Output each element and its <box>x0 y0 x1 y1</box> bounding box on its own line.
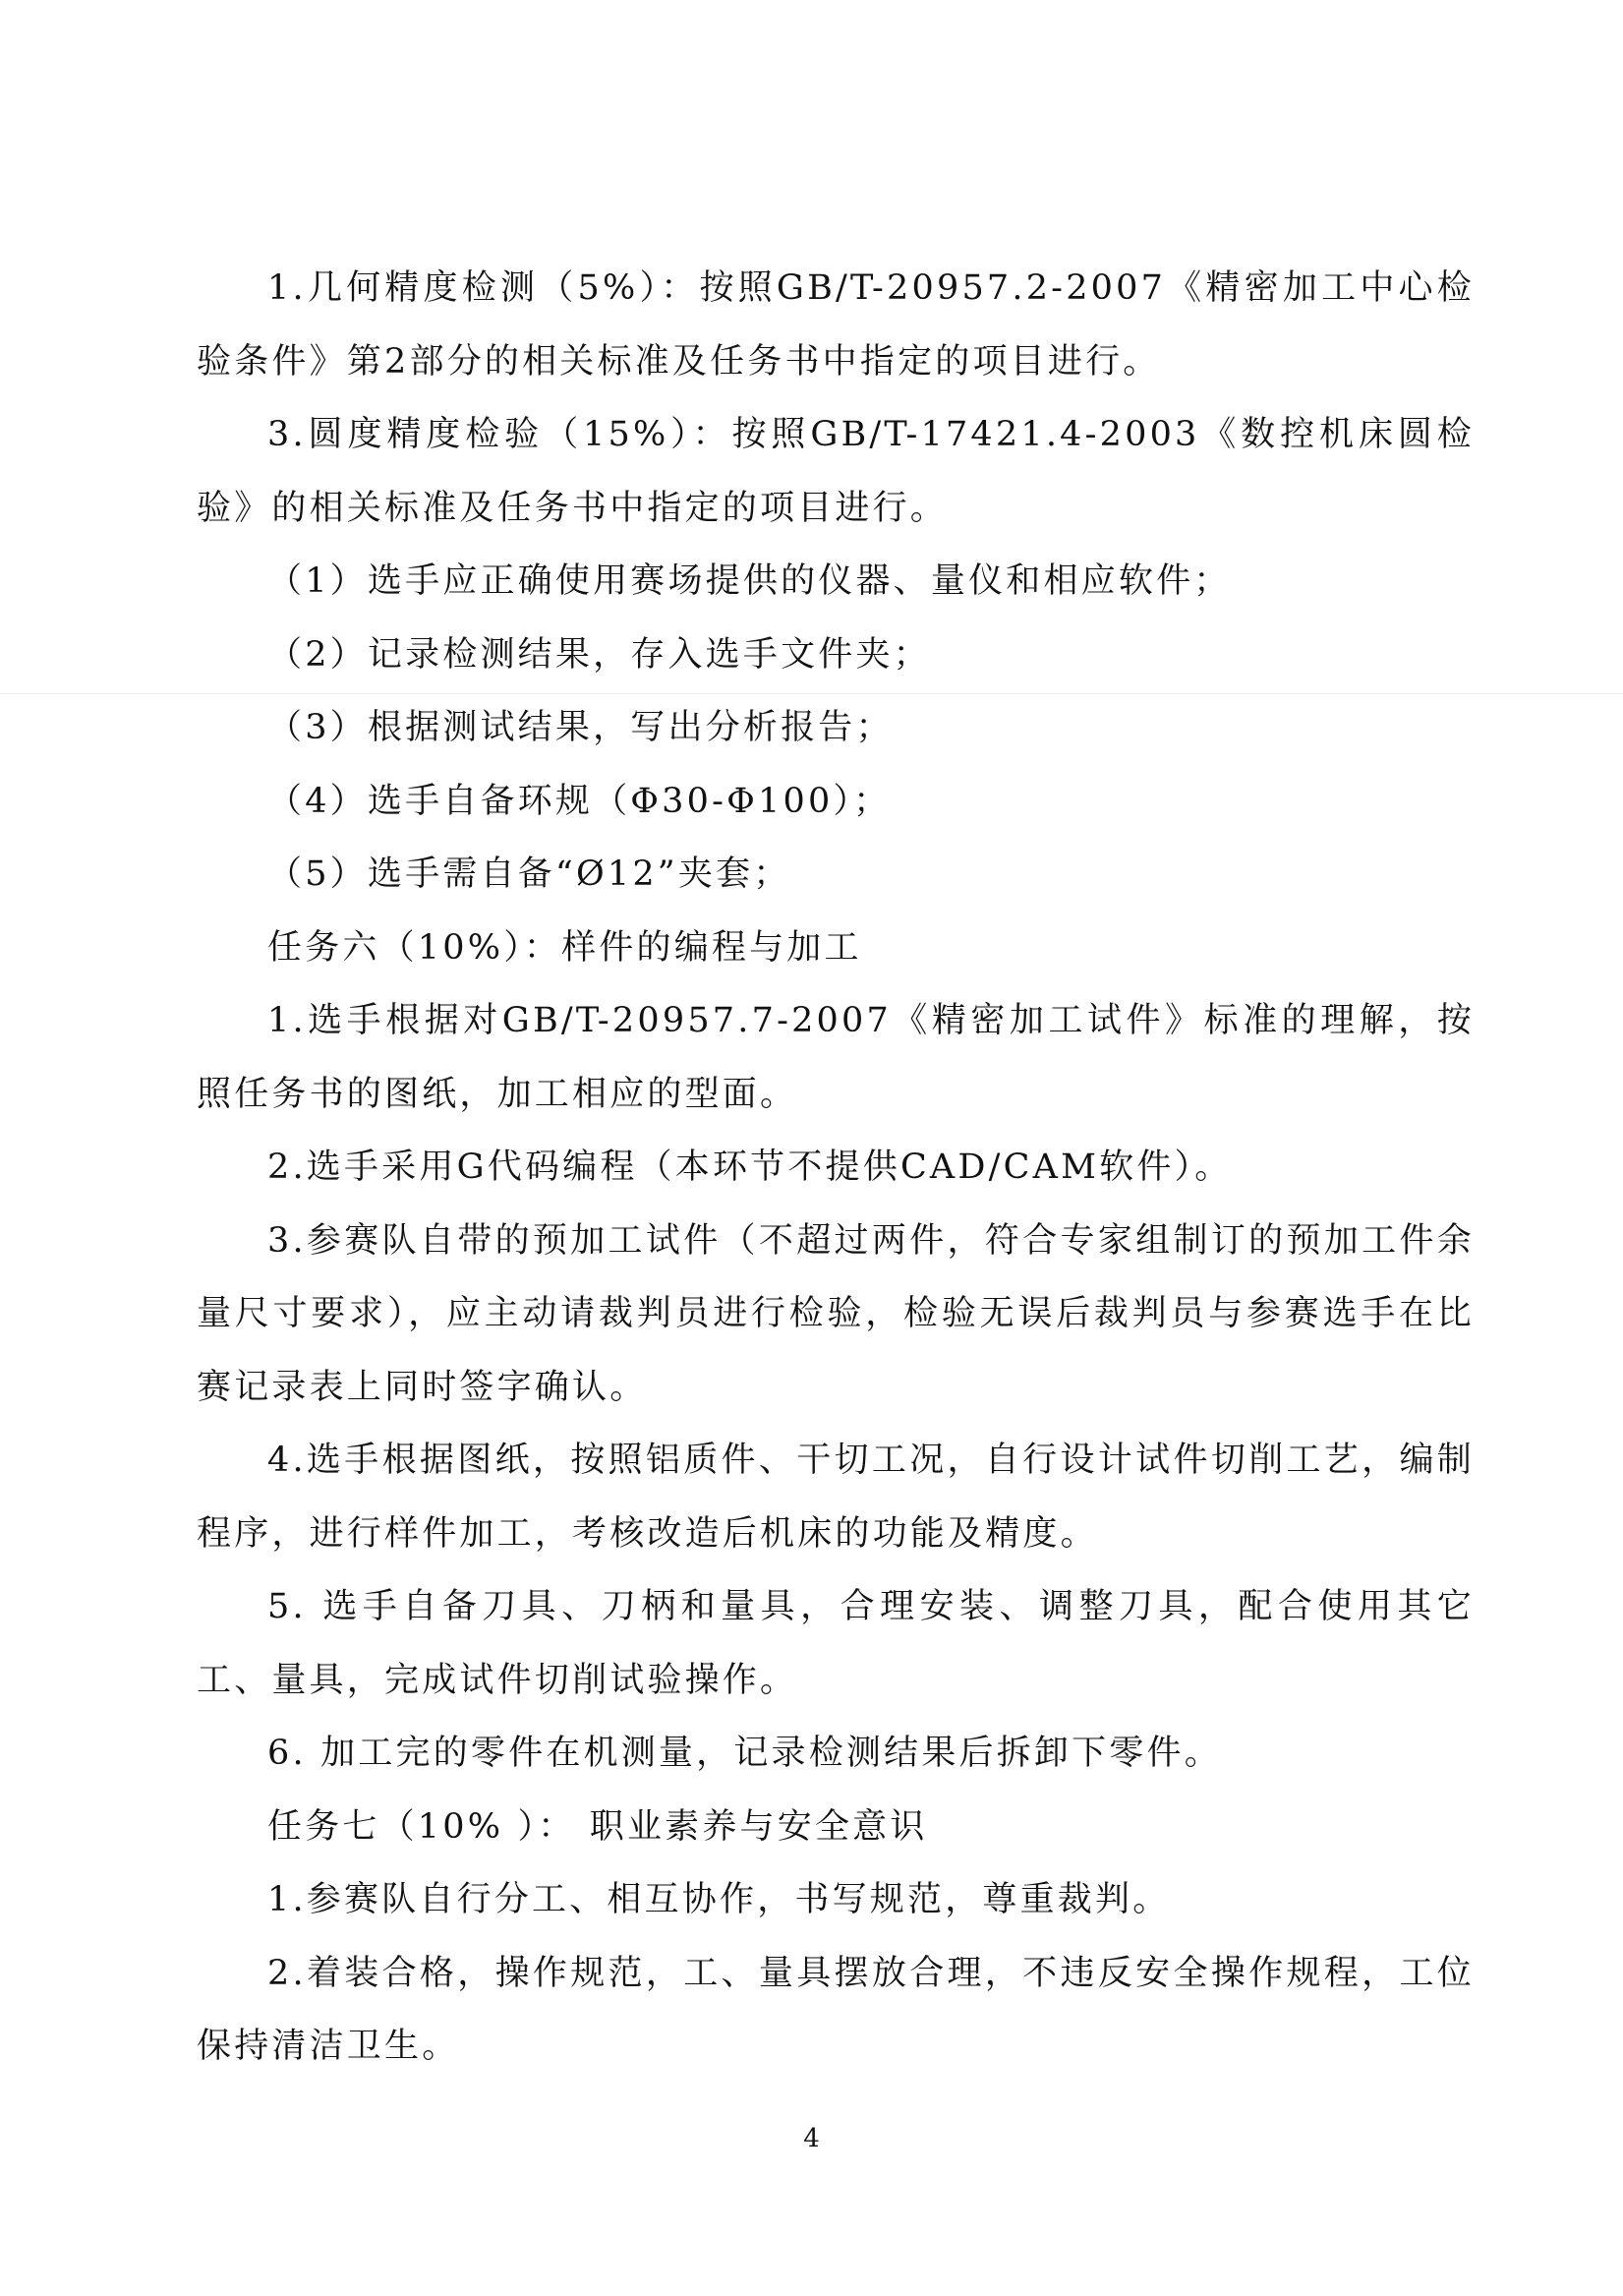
document-body: 1.几何精度检测（5%）：按照GB/T-20957.2-2007《精密加工中心检… <box>197 252 1475 2084</box>
paragraph-task-7-1: 1.参赛队自行分工、相互协作，书写规范，尊重裁判。 <box>197 1863 1475 1937</box>
list-item-collet: （5）选手需自备“Ø12”夹套； <box>197 838 1475 912</box>
paragraph-task-6-3: 3.参赛队自带的预加工试件（不超过两件，符合专家组制订的预加工件余量尺寸要求），… <box>197 1205 1475 1425</box>
list-item-instruments: （1）选手应正确使用赛场提供的仪器、量仪和相应软件； <box>197 545 1475 618</box>
page-number: 4 <box>0 2124 1623 2153</box>
document-page: 1.几何精度检测（5%）：按照GB/T-20957.2-2007《精密加工中心检… <box>0 0 1623 2296</box>
paragraph-task-6-6: 6. 加工完的零件在机测量，记录检测结果后拆卸下零件。 <box>197 1717 1475 1791</box>
paragraph-task-7-2: 2.着装合格，操作规范，工、量具摆放合理，不违反安全操作规程，工位保持清洁卫生。 <box>197 1937 1475 2084</box>
list-item-analysis-report: （3）根据测试结果，写出分析报告； <box>197 691 1475 765</box>
paragraph-task-6-1: 1.选手根据对GB/T-20957.7-2007《精密加工试件》标准的理解，按照… <box>197 984 1475 1131</box>
paragraph-geometric-accuracy: 1.几何精度检测（5%）：按照GB/T-20957.2-2007《精密加工中心检… <box>197 252 1475 398</box>
list-item-record-results: （2）记录检测结果，存入选手文件夹； <box>197 618 1475 692</box>
section-heading-task-7: 任务七（10% ）： 职业素养与安全意识 <box>197 1791 1475 1864</box>
paragraph-task-6-4: 4.选手根据图纸，按照铝质件、干切工况，自行设计试件切削工艺，编制程序，进行样件… <box>197 1424 1475 1570</box>
paragraph-roundness-accuracy: 3.圆度精度检验（15%）：按照GB/T-17421.4-2003《数控机床圆检… <box>197 398 1475 545</box>
section-heading-task-6: 任务六（10%）：样件的编程与加工 <box>197 912 1475 985</box>
paragraph-task-6-2: 2.选手采用G代码编程（本环节不提供CAD/CAM软件）。 <box>197 1131 1475 1205</box>
list-item-ring-gauge: （4）选手自备环规（Φ30-Φ100）； <box>197 765 1475 839</box>
paragraph-task-6-5: 5. 选手自备刀具、刀柄和量具，合理安装、调整刀具，配合使用其它工、量具，完成试… <box>197 1570 1475 1717</box>
